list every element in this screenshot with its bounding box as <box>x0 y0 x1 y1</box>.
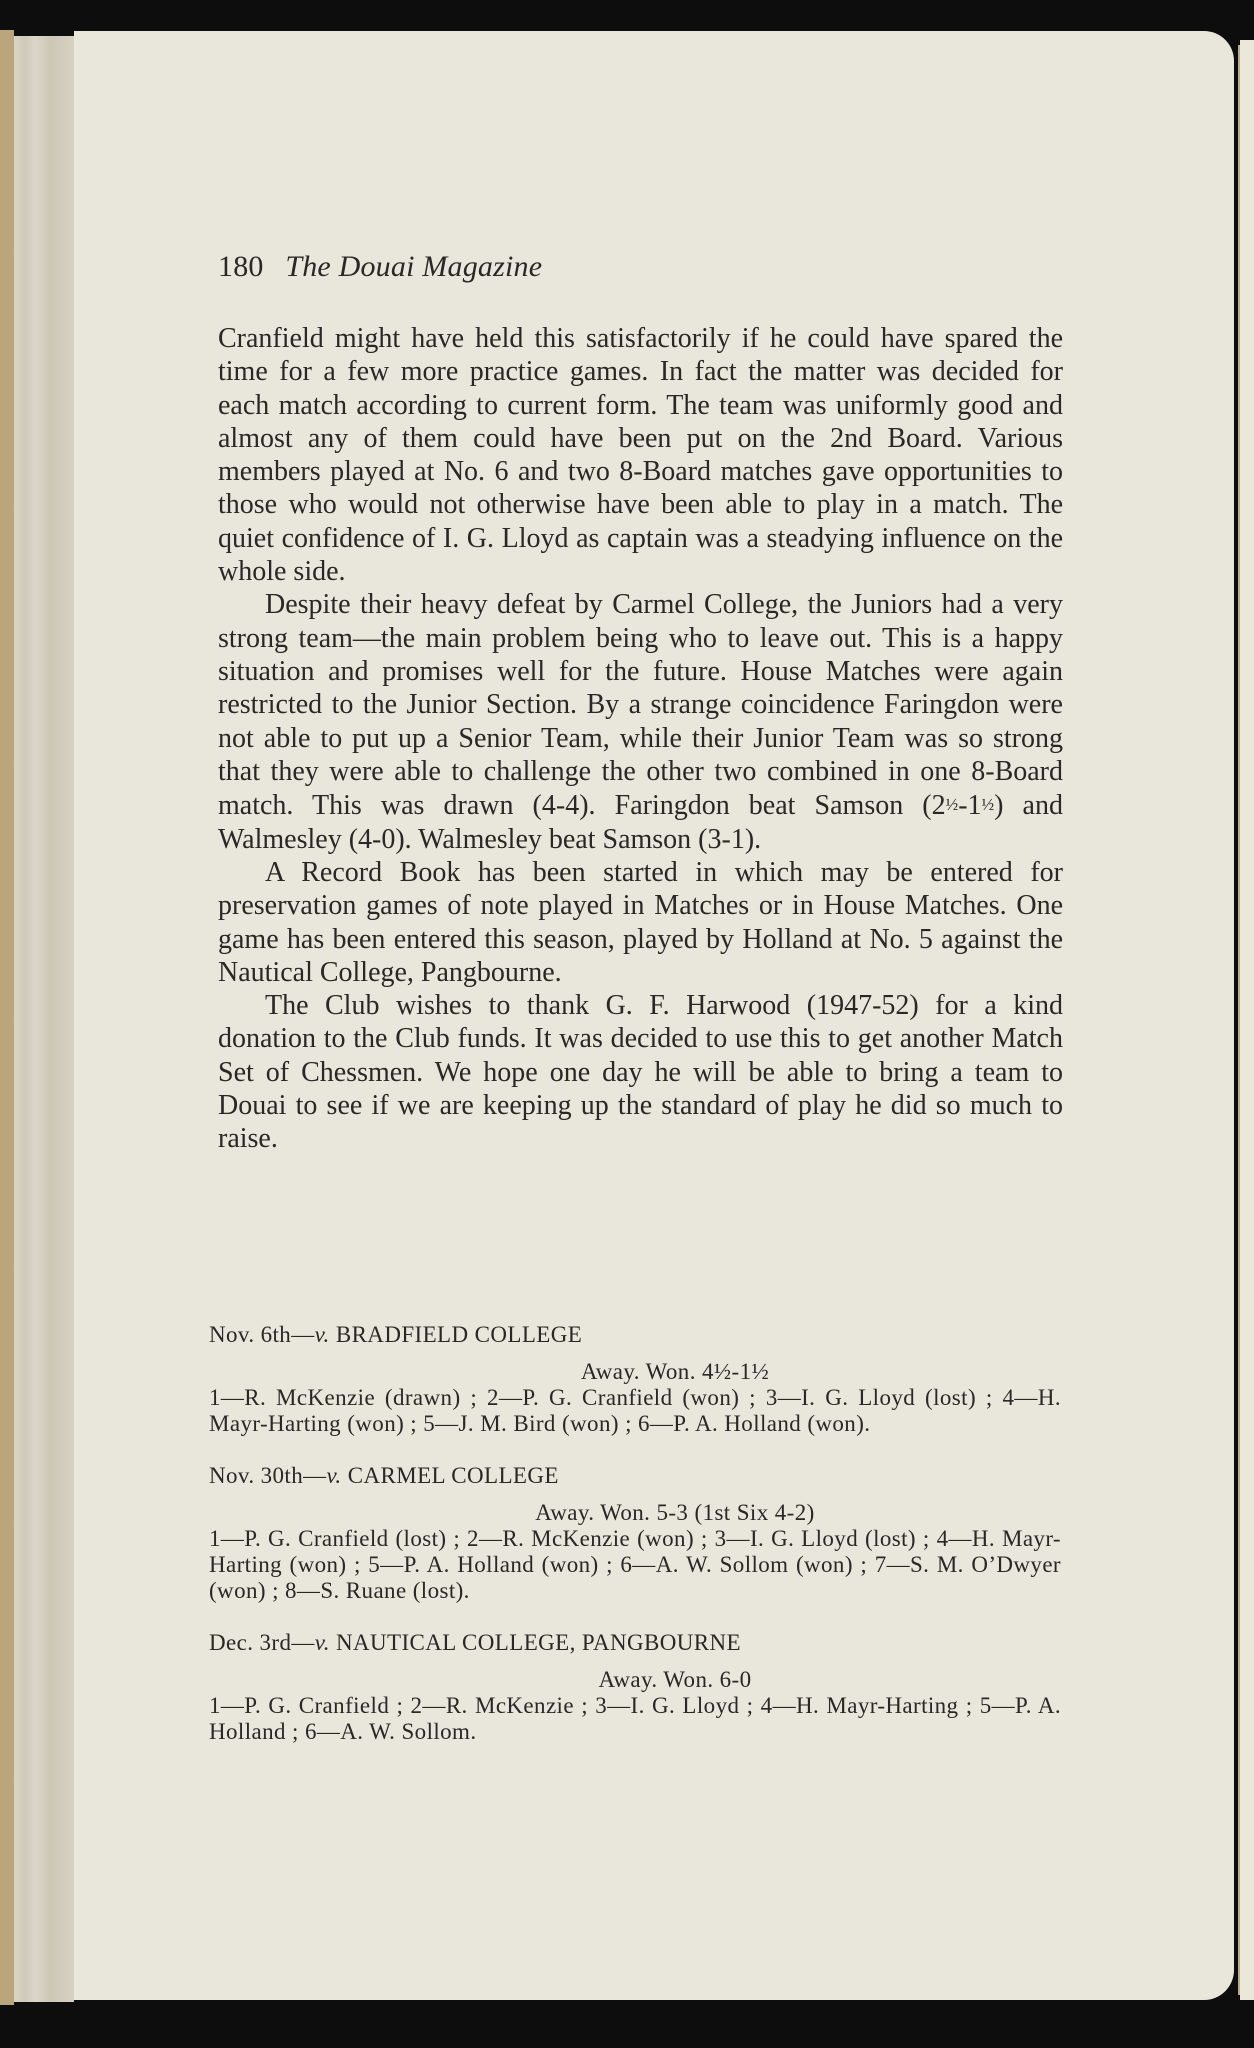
versus-label: v. <box>327 1463 342 1488</box>
match-results: Nov. 6th—v. BRADFIELD COLLEGE Away. Won.… <box>209 1322 1061 1771</box>
page-number: 180 <box>218 250 264 283</box>
paragraph-2-text: Despite their heavy defeat by Carmel Col… <box>218 589 1063 821</box>
match-result: Away. Won. 6-0 <box>209 1667 1061 1693</box>
article-body: Cranfield might have held this satisfact… <box>218 322 1063 1156</box>
match-opponent: CARMEL COLLEGE <box>342 1463 559 1488</box>
match-result: Away. Won. 4½-1½ <box>209 1359 1061 1385</box>
running-head: 180 The Douai Magazine <box>218 250 542 284</box>
fraction-half: ½ <box>982 795 995 814</box>
match-date: Nov. 6th— <box>209 1322 315 1347</box>
paragraph-2-text: -1 <box>958 790 981 821</box>
versus-label: v. <box>315 1630 330 1655</box>
match-heading: Nov. 6th—v. BRADFIELD COLLEGE <box>209 1322 1061 1348</box>
fraction-half: ½ <box>946 795 959 814</box>
paragraph-2: Despite their heavy defeat by Carmel Col… <box>218 588 1063 856</box>
match-date: Nov. 30th— <box>209 1463 327 1488</box>
paragraph-1: Cranfield might have held this satisfact… <box>218 322 1063 588</box>
match-opponent: BRADFIELD COLLEGE <box>330 1322 583 1347</box>
book-edge-left <box>0 30 14 2005</box>
match-date: Dec. 3rd— <box>209 1630 315 1655</box>
paragraph-3: A Record Book has been started in which … <box>218 856 1063 989</box>
paragraph-4: The Club wishes to thank G. F. Harwood (… <box>218 989 1063 1155</box>
match-players: 1—P. G. Cranfield (lost) ; 2—R. McKenzie… <box>209 1526 1061 1604</box>
gutter-line <box>1238 45 1240 1995</box>
page-stack-edge <box>14 36 74 2002</box>
match-result: Away. Won. 5-3 (1st Six 4-2) <box>209 1500 1061 1526</box>
match-heading: Dec. 3rd—v. NAUTICAL COLLEGE, PANGBOURNE <box>209 1630 1061 1656</box>
match-heading: Nov. 30th—v. CARMEL COLLEGE <box>209 1463 1061 1489</box>
match-entry: Dec. 3rd—v. NAUTICAL COLLEGE, PANGBOURNE… <box>209 1630 1061 1745</box>
facing-page-edge <box>1240 40 1254 2000</box>
match-players: 1—P. G. Cranfield ; 2—R. McKenzie ; 3—I.… <box>209 1693 1061 1745</box>
match-entry: Nov. 6th—v. BRADFIELD COLLEGE Away. Won.… <box>209 1322 1061 1437</box>
match-entry: Nov. 30th—v. CARMEL COLLEGE Away. Won. 5… <box>209 1463 1061 1604</box>
match-players: 1—R. McKenzie (drawn) ; 2—P. G. Cranfiel… <box>209 1385 1061 1437</box>
magazine-title: The Douai Magazine <box>285 250 542 283</box>
match-opponent: NAUTICAL COLLEGE, PANGBOURNE <box>330 1630 741 1655</box>
versus-label: v. <box>315 1322 330 1347</box>
